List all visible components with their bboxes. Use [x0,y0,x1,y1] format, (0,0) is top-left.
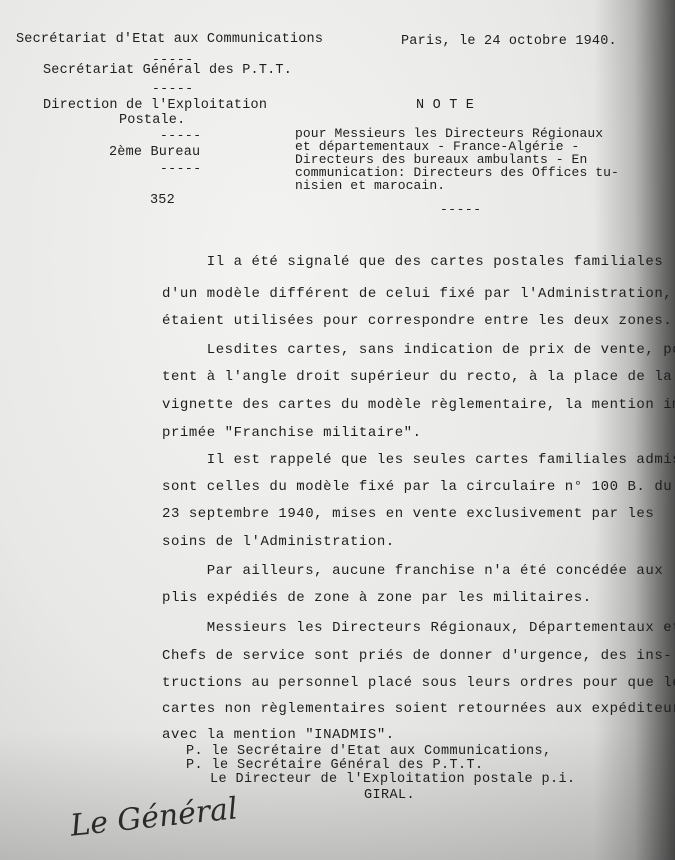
separator: ----- [160,161,202,176]
body-line: primée "Franchise militaire". [162,426,422,440]
body-line: Il est rappelé que les seules cartes fam… [162,453,675,467]
signature-line: P. le Secrétaire d'Etat aux Communicatio… [186,745,552,759]
body-line: cartes non règlementaires soient retourn… [162,702,675,716]
body-line: tent à l'angle droit supérieur du recto,… [162,370,672,384]
separator: ----- [440,202,482,217]
body-line: Chefs de service sont priés de donner d'… [162,649,672,663]
body-line: 23 septembre 1940, mises en vente exclus… [162,507,654,521]
body-line: sont celles du modèle fixé par la circul… [162,480,672,494]
note-title: N O T E [416,99,474,113]
body-line: d'un modèle différent de celui fixé par … [162,287,672,301]
signature-line: P. le Secrétaire Général des P.T.T. [186,759,484,773]
body-line: Lesdites cartes, sans indication de prix… [162,343,675,357]
body-line: plis expédiés de zone à zone par les mil… [162,591,592,605]
body-line: soins de l'Administration. [162,535,395,549]
body-line: Par ailleurs, aucune franchise n'a été c… [162,564,663,578]
secretariat-heading: Secrétariat Général des P.T.T. [43,64,292,78]
bureau-label: 2ème Bureau [109,146,200,160]
separator: ----- [152,81,194,96]
place-date: Paris, le 24 octobre 1940. [401,35,617,49]
direction-heading-cont: Postale. [119,114,185,128]
direction-heading: Direction de l'Exploitation [43,99,267,113]
body-line: avec la mention "INADMIS". [162,728,395,742]
addressee-line: nisien et marocain. [295,179,445,192]
handwritten-annotation: Le Général [69,791,240,843]
ministry-heading: Secrétariat d'Etat aux Communications [16,33,323,47]
signatory-name: GIRAL. [364,789,415,803]
body-line: étaient utilisées pour correspondre entr… [162,314,672,328]
body-line: vignette des cartes du modèle règlementa… [162,398,675,412]
signature-line: Le Directeur de l'Exploitation postale p… [210,773,576,787]
body-line: Messieurs les Directeurs Régionaux, Dépa… [162,621,675,635]
body-line: Il a été signalé que des cartes postales… [162,255,663,269]
separator: ----- [160,128,202,143]
reference-number: 352 [150,194,175,208]
document-page: Secrétariat d'Etat aux Communications --… [0,0,675,860]
body-line: tructions au personnel placé sous leurs … [162,676,675,690]
